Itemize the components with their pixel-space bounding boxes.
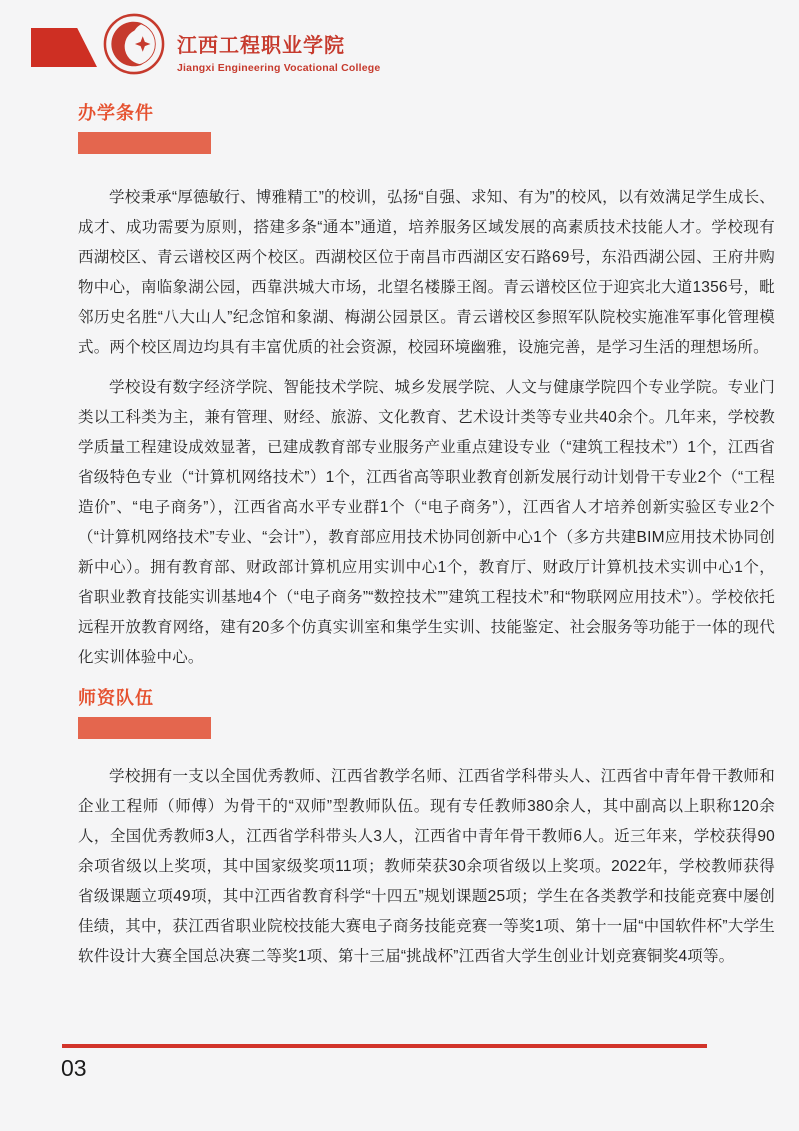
section-title-faculty: 师资队伍: [78, 688, 775, 709]
college-seal-icon: [103, 13, 165, 75]
section-faculty: 师资队伍 学校拥有一支以全国优秀教师、江西省教学名师、江西省学科带头人、江西省中…: [78, 688, 775, 972]
page-number: 03: [61, 1055, 87, 1082]
footer-rule: [62, 1044, 707, 1048]
paragraph-campus-overview: 学校秉承“厚德敏行、博雅精工”的校训，弘扬“自强、求知、有为”的校风，以有效满足…: [78, 183, 775, 363]
page-content: 办学条件 学校秉承“厚德敏行、博雅精工”的校训，弘扬“自强、求知、有为”的校风，…: [78, 103, 775, 972]
college-name-en: Jiangxi Engineering Vocational College: [177, 62, 380, 74]
college-name-zh: 江西工程职业学院: [177, 29, 380, 58]
section-title-school-conditions: 办学条件: [78, 103, 775, 124]
page-header: 江西工程职业学院 Jiangxi Engineering Vocational …: [0, 0, 799, 96]
title-underline-bar: [78, 132, 211, 154]
document-page: { "header": { "college_name_zh": "江西工程职业…: [0, 0, 799, 1131]
title-underline-bar: [78, 717, 211, 739]
paragraph-majors-and-training: 学校设有数字经济学院、智能技术学院、城乡发展学院、人文与健康学院四个专业学院。专…: [78, 373, 775, 673]
paragraph-faculty-detail: 学校拥有一支以全国优秀教师、江西省教学名师、江西省学科带头人、江西省中青年骨干教…: [78, 762, 775, 972]
brand-block: 江西工程职业学院 Jiangxi Engineering Vocational …: [177, 29, 380, 74]
red-flag-shape: [31, 28, 97, 67]
section-school-conditions: 办学条件 学校秉承“厚德敏行、博雅精工”的校训，弘扬“自强、求知、有为”的校风，…: [78, 103, 775, 673]
